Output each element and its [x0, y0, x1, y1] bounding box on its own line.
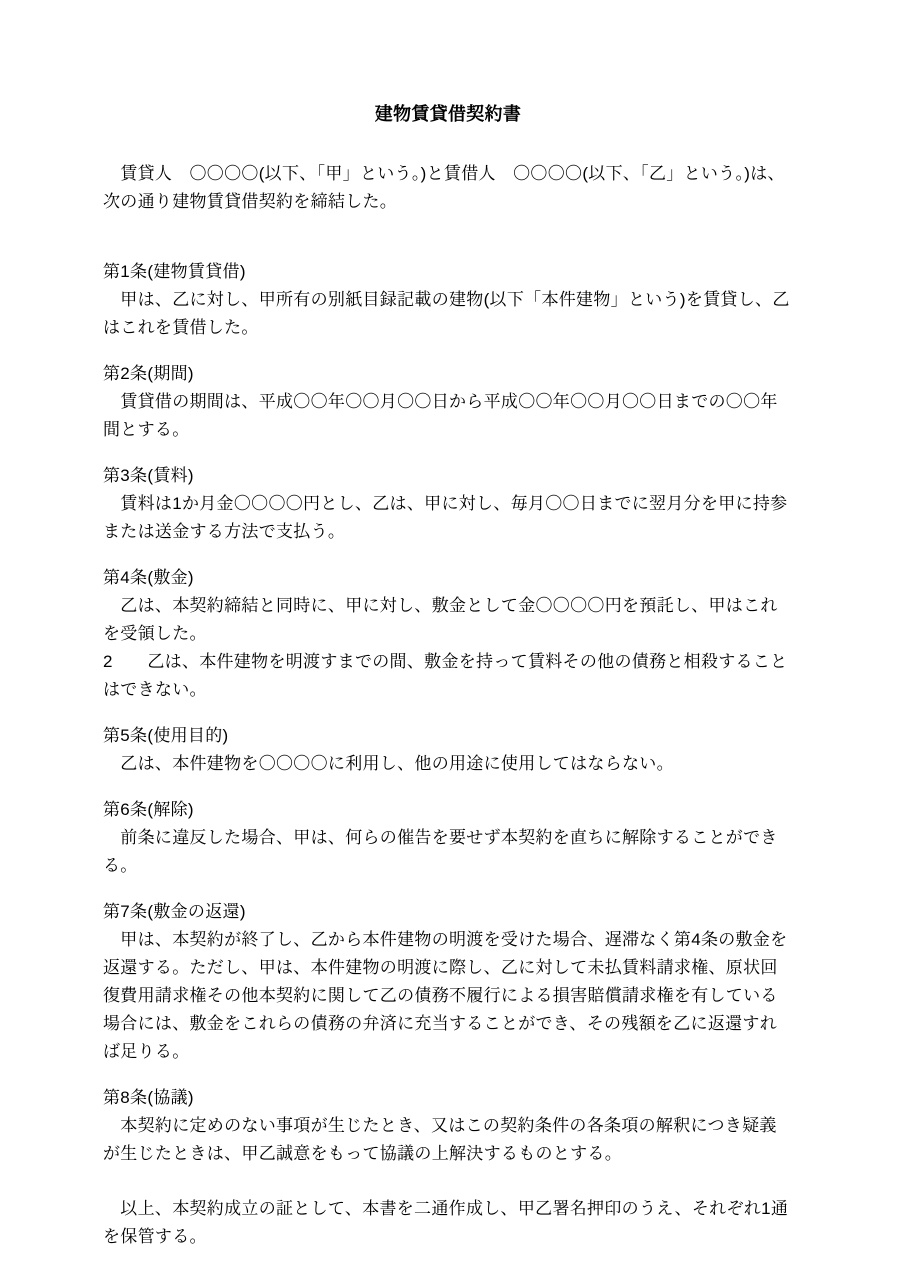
- article-7-heading: 第7条(敷金の返還): [103, 898, 793, 926]
- article-5-heading: 第5条(使用目的): [103, 722, 793, 750]
- article-8-paragraph: 本契約に定めのない事項が生じたとき、又はこの契約条件の各条項の解釈につき疑義が生…: [103, 1112, 793, 1168]
- article-2: 第2条(期間) 賃貸借の期間は、平成〇〇年〇〇月〇〇日から平成〇〇年〇〇月〇〇日…: [103, 360, 793, 444]
- article-1: 第1条(建物賃貸借) 甲は、乙に対し、甲所有の別紙目録記載の建物(以下「本件建物…: [103, 258, 793, 342]
- article-3-paragraph: 賃料は1か月金〇〇〇〇円とし、乙は、甲に対し、毎月〇〇日までに翌月分を甲に持参ま…: [103, 490, 793, 546]
- article-5-paragraph: 乙は、本件建物を〇〇〇〇に利用し、他の用途に使用してはならない。: [103, 750, 793, 778]
- article-2-heading: 第2条(期間): [103, 360, 793, 388]
- article-7: 第7条(敷金の返還) 甲は、本契約が終了し、乙から本件建物の明渡を受けた場合、遅…: [103, 898, 793, 1066]
- closing-paragraph: 以上、本契約成立の証として、本書を二通作成し、甲乙署名押印のうえ、それぞれ1通を…: [103, 1195, 793, 1251]
- article-8: 第8条(協議) 本契約に定めのない事項が生じたとき、又はこの契約条件の各条項の解…: [103, 1084, 793, 1168]
- contract-document: 建物賃貸借契約書 賃貸人 〇〇〇〇(以下、「甲」という。)と賃借人 〇〇〇〇(以…: [0, 0, 905, 1280]
- article-7-paragraph: 甲は、本契約が終了し、乙から本件建物の明渡を受けた場合、遅滞なく第4条の敷金を返…: [103, 926, 793, 1066]
- article-4: 第4条(敷金) 乙は、本契約締結と同時に、甲に対し、敷金として金〇〇〇〇円を預託…: [103, 564, 793, 704]
- article-3-heading: 第3条(賃料): [103, 462, 793, 490]
- article-4-paragraph-2: 2 乙は、本件建物を明渡すまでの間、敷金を持って賃料その他の債務と相殺することは…: [103, 648, 793, 704]
- article-3: 第3条(賃料) 賃料は1か月金〇〇〇〇円とし、乙は、甲に対し、毎月〇〇日までに翌…: [103, 462, 793, 546]
- article-1-paragraph: 甲は、乙に対し、甲所有の別紙目録記載の建物(以下「本件建物」という)を賃貸し、乙…: [103, 286, 793, 342]
- article-6-heading: 第6条(解除): [103, 796, 793, 824]
- article-8-heading: 第8条(協議): [103, 1084, 793, 1112]
- article-4-heading: 第4条(敷金): [103, 564, 793, 592]
- article-1-heading: 第1条(建物賃貸借): [103, 258, 793, 286]
- article-6: 第6条(解除) 前条に違反した場合、甲は、何らの催告を要せず本契約を直ちに解除す…: [103, 796, 793, 880]
- document-title: 建物賃貸借契約書: [103, 100, 793, 128]
- article-2-paragraph: 賃貸借の期間は、平成〇〇年〇〇月〇〇日から平成〇〇年〇〇月〇〇日までの〇〇年間と…: [103, 388, 793, 444]
- article-6-paragraph: 前条に違反した場合、甲は、何らの催告を要せず本契約を直ちに解除することができる。: [103, 824, 793, 880]
- intro-paragraph: 賃貸人 〇〇〇〇(以下、「甲」という。)と賃借人 〇〇〇〇(以下、「乙」という。…: [103, 160, 793, 216]
- article-5: 第5条(使用目的) 乙は、本件建物を〇〇〇〇に利用し、他の用途に使用してはならな…: [103, 722, 793, 778]
- article-4-paragraph-1: 乙は、本契約締結と同時に、甲に対し、敷金として金〇〇〇〇円を預託し、甲はこれを受…: [103, 592, 793, 648]
